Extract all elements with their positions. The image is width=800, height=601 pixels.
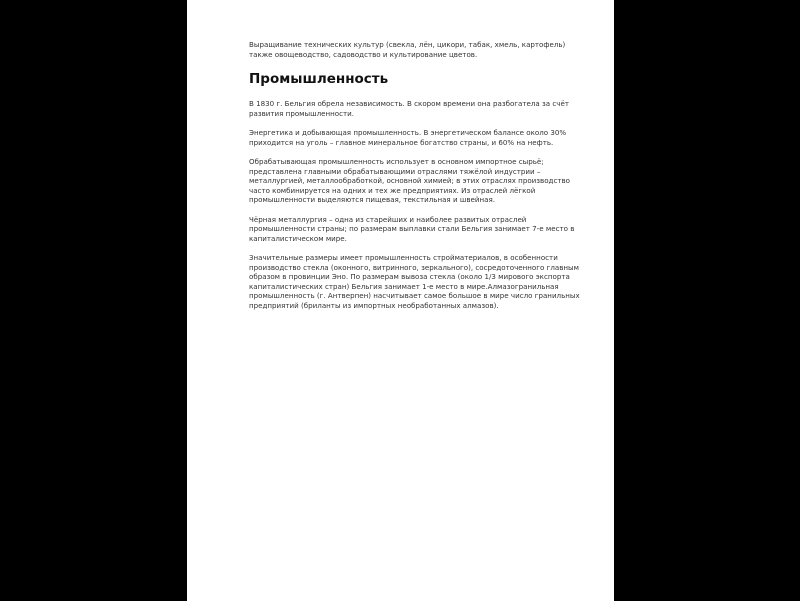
paragraph-independence: В 1830 г. Бельгия обрела независимость. … bbox=[249, 99, 589, 118]
paragraph-construction-materials: Значительные размеры имеет промышленност… bbox=[249, 253, 589, 310]
paragraph-energy: Энергетика и добывающая промышленность. … bbox=[249, 128, 589, 147]
section-heading: Промышленность bbox=[249, 71, 589, 87]
intro-paragraph: Выращивание технических культур (свекла,… bbox=[249, 40, 589, 59]
paragraph-manufacturing: Обрабатывающая промышленность использует… bbox=[249, 157, 589, 205]
document-page: Выращивание технических культур (свекла,… bbox=[187, 0, 614, 601]
document-content: Выращивание технических культур (свекла,… bbox=[249, 40, 589, 320]
paragraph-metallurgy: Чёрная металлургия – одна из старейших и… bbox=[249, 215, 589, 244]
